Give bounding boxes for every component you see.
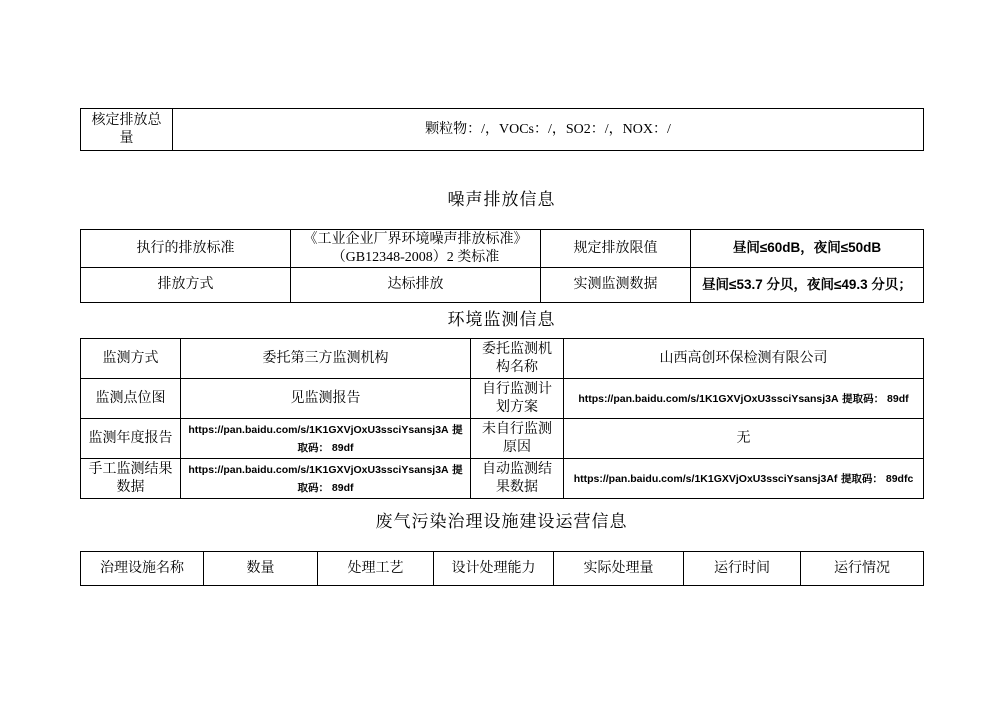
document-page: 核定排放总量 颗粒物：/，VOCs：/，SO2：/，NOX：/ 噪声排放信息 执… bbox=[80, 0, 923, 586]
monitoring-method-value: 委托第三方监测机构 bbox=[181, 339, 471, 379]
manual-result-value: https://pan.baidu.com/s/1K1GXVjOxU3ssciY… bbox=[181, 459, 471, 499]
process-header: 处理工艺 bbox=[318, 552, 434, 586]
baidu-pan-url: https://pan.baidu.com/s/1K1GXVjOxU3ssciY… bbox=[578, 393, 838, 405]
treatment-section-title: 废气污染治理设施建设运营信息 bbox=[80, 511, 923, 533]
noise-standard-value: 《工业企业厂界环境噪声排放标准》（GB12348-2008）2 类标准 bbox=[291, 230, 541, 268]
baidu-pan-url: https://pan.baidu.com/s/1K1GXVjOxU3ssciY… bbox=[188, 464, 448, 476]
agency-name-value: 山西高创环保检测有限公司 bbox=[564, 339, 924, 379]
quantity-header: 数量 bbox=[204, 552, 318, 586]
noise-section-title: 噪声排放信息 bbox=[80, 189, 923, 211]
self-monitoring-plan-value: https://pan.baidu.com/s/1K1GXVjOxU3ssciY… bbox=[564, 379, 924, 419]
annual-report-label: 监测年度报告 bbox=[81, 419, 181, 459]
no-self-monitoring-value: 无 bbox=[564, 419, 924, 459]
table-row: 核定排放总量 颗粒物：/，VOCs：/，SO2：/，NOX：/ bbox=[81, 109, 924, 151]
emission-mode-label: 排放方式 bbox=[81, 268, 291, 303]
facility-name-header: 治理设施名称 bbox=[81, 552, 204, 586]
runtime-header: 运行时间 bbox=[684, 552, 801, 586]
table-row: 排放方式 达标排放 实测监测数据 昼间≤53.7 分贝，夜间≤49.3 分贝； bbox=[81, 268, 924, 303]
no-self-monitoring-label: 未自行监测原因 bbox=[471, 419, 564, 459]
baidu-pan-url: https://pan.baidu.com/s/1K1GXVjOxU3ssciY… bbox=[188, 424, 448, 436]
table-row: 监测点位图 见监测报告 自行监测计划方案 https://pan.baidu.c… bbox=[81, 379, 924, 419]
table-row: 监测方式 委托第三方监测机构 委托监测机构名称 山西高创环保检测有限公司 bbox=[81, 339, 924, 379]
agency-name-label: 委托监测机构名称 bbox=[471, 339, 564, 379]
monitoring-map-label: 监测点位图 bbox=[81, 379, 181, 419]
noise-limit-value: 昼间≤60dB，夜间≤50dB bbox=[691, 230, 924, 268]
annual-report-value: https://pan.baidu.com/s/1K1GXVjOxU3ssciY… bbox=[181, 419, 471, 459]
table-row: 执行的排放标准 《工业企业厂界环境噪声排放标准》（GB12348-2008）2 … bbox=[81, 230, 924, 268]
emission-mode-value: 达标排放 bbox=[291, 268, 541, 303]
actual-volume-header: 实际处理量 bbox=[554, 552, 684, 586]
noise-standard-label: 执行的排放标准 bbox=[81, 230, 291, 268]
table-row: 手工监测结果数据 https://pan.baidu.com/s/1K1GXVj… bbox=[81, 459, 924, 499]
auto-result-label: 自动监测结果数据 bbox=[471, 459, 564, 499]
baidu-pan-url: https://pan.baidu.com/s/1K1GXVjOxU3ssciY… bbox=[574, 473, 838, 485]
monitoring-map-value: 见监测报告 bbox=[181, 379, 471, 419]
approved-emissions-table: 核定排放总量 颗粒物：/，VOCs：/，SO2：/，NOX：/ bbox=[80, 108, 924, 151]
noise-limit-label: 规定排放限值 bbox=[541, 230, 691, 268]
monitoring-method-label: 监测方式 bbox=[81, 339, 181, 379]
environment-monitoring-table: 监测方式 委托第三方监测机构 委托监测机构名称 山西高创环保检测有限公司 监测点… bbox=[80, 338, 924, 499]
measured-data-label: 实测监测数据 bbox=[541, 268, 691, 303]
design-capacity-header: 设计处理能力 bbox=[434, 552, 554, 586]
monitoring-section-title: 环境监测信息 bbox=[80, 309, 923, 331]
measured-data-value: 昼间≤53.7 分贝，夜间≤49.3 分贝； bbox=[691, 268, 924, 303]
noise-emission-table: 执行的排放标准 《工业企业厂界环境噪声排放标准》（GB12348-2008）2 … bbox=[80, 229, 924, 303]
table-header-row: 治理设施名称 数量 处理工艺 设计处理能力 实际处理量 运行时间 运行情况 bbox=[81, 552, 924, 586]
table-row: 监测年度报告 https://pan.baidu.com/s/1K1GXVjOx… bbox=[81, 419, 924, 459]
self-monitoring-plan-label: 自行监测计划方案 bbox=[471, 379, 564, 419]
approved-emissions-label: 核定排放总量 bbox=[81, 109, 173, 151]
treatment-facility-table: 治理设施名称 数量 处理工艺 设计处理能力 实际处理量 运行时间 运行情况 bbox=[80, 551, 924, 586]
extraction-code: 提取码： 89dfc bbox=[841, 473, 913, 485]
manual-result-label: 手工监测结果数据 bbox=[81, 459, 181, 499]
auto-result-value: https://pan.baidu.com/s/1K1GXVjOxU3ssciY… bbox=[564, 459, 924, 499]
operation-status-header: 运行情况 bbox=[801, 552, 924, 586]
approved-emissions-value: 颗粒物：/，VOCs：/，SO2：/，NOX：/ bbox=[173, 109, 924, 151]
extraction-code: 提取码： 89df bbox=[842, 393, 909, 405]
